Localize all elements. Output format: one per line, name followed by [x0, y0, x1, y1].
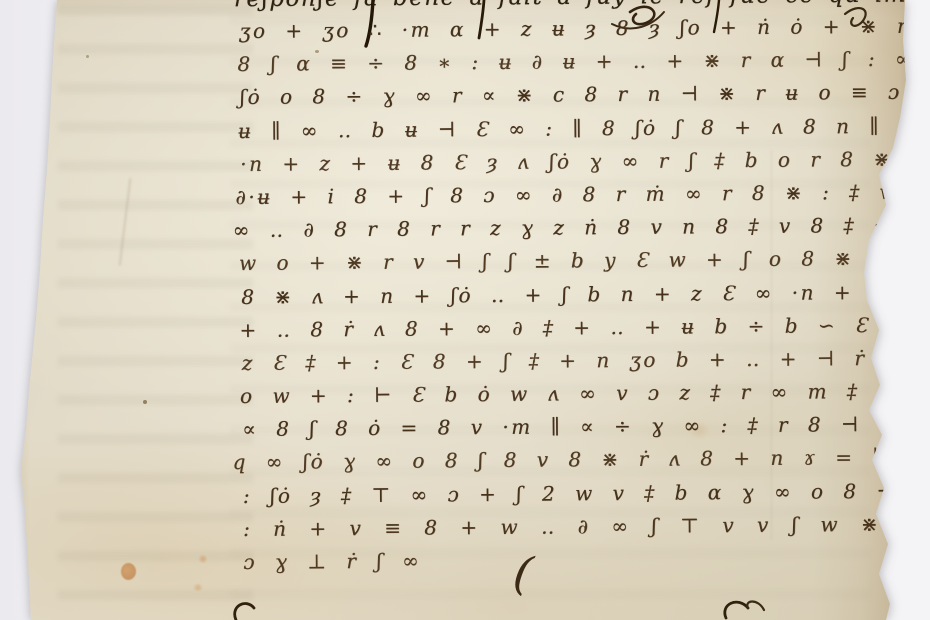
cipher-line: ∝ 8 ʃ 8 ȯ = 8 v ·m ∥ ∝ ÷ ɣ ∞ : ‡ r 8 ⊣ +…	[242, 408, 902, 446]
manuscript-page: reʃponʃe ſa bene a fait a ſuy le reſ ſue…	[0, 0, 930, 620]
cipher-line: 8 ⋇ ʌ + n + ʃȯ ‥ + ʃ b n + z Ɛ ∞ ·n + z …	[241, 275, 901, 313]
cipher-line: ∂·ʉ + i 8 + ʃ 8 ɔ ∞ ∂ 8 r ṁ ∞ r 8 ⋇ : ‡ …	[235, 176, 895, 214]
foxing-spot	[193, 584, 203, 591]
manuscript-page-wrap: reʃponʃe ſa bene a fait a ſuy le reſ ſue…	[0, 0, 930, 620]
foxing-spot	[121, 563, 136, 580]
photo-background: reʃponʃe ſa bene a fait a ſuy le reſ ſue…	[0, 0, 930, 620]
foxing-spot	[199, 555, 207, 563]
cipher-line: 8 ʃ α ≡ ÷ 8 ∗ : ʉ ∂ ʉ + ‥ + ⋇ r α ⊣ ʃ : …	[237, 43, 897, 81]
verso-showthrough-texture	[58, 0, 253, 620]
paper-left-edge-shade	[0, 0, 30, 620]
cipher-line: o w + : ⊢ Ɛ b ȯ w ʌ ∞ v ɔ z ‡ r ∞ m ‡ : …	[240, 375, 900, 413]
cipher-line: ɔ ɣ ⊥ ṙ ʃ ∞	[243, 541, 903, 579]
cipher-line: ʉ ∥ ∞ ‥ b ʉ ⊣ Ɛ ∞ : ∥ 8 ʃȯ ʃ 8 + ʌ 8 n ∥…	[238, 109, 898, 147]
cipher-line: : ʃȯ ȝ ‡ ⊤ ∞ ɔ + ʃ 2 w v ‡ b α ɣ ∞ o 8 ⊣…	[243, 474, 903, 512]
cipher-line: : ṅ + v ≡ 8 + w ‥ ∂ ∞ ʃ ⊤ v v ʃ w ⋇ ‥ ⊣ …	[243, 508, 903, 546]
cipher-line: ∞ ‥ ∂ 8 r 8 r r z ɣ z ṅ 8 v n 8 ‡ v 8 ‡ …	[233, 209, 893, 247]
cipher-line: w o + ⋇ r v ⊣ ʃ ʃ ± b y Ɛ w + ʃ o 8 ⋇ ʃɟ…	[239, 242, 899, 280]
cipher-line: ·n + z + ʉ 8 Ɛ ȝ ʌ ʃȯ ɣ ∞ r ʃ ‡ b o r 8 …	[240, 143, 900, 181]
cipher-line: q ∞ ʃȯ ɣ ∞ o 8 ʃ 8 v 8 ⋇ ṙ ʌ 8 + n ɤ = ∥…	[232, 441, 892, 479]
ink-speck	[143, 400, 147, 404]
cipher-line: z Ɛ ‡ + : Ɛ 8 + ʃ ‡ + n ʒo b + ‥ + ⊣ ṙ ∂…	[242, 342, 902, 380]
bottom-flourish-fragments	[0, 598, 930, 620]
cipher-line: ʃȯ o 8 ÷ ɣ ∞ r ∝ ⋇ c 8 r n ⊣ ⋇ r ʉ o ≡ ɔ…	[240, 76, 900, 114]
cipher-line: ʒo + ʒo ∴ ·m α + z ʉ ȝ 8 ȝ ʃo + ṅ ȯ + ⋇ …	[239, 10, 899, 48]
cipher-text-block: ʒo + ʒo ∴ ·m α + z ʉ ȝ 8 ȝ ʃo + ṅ ȯ + ⋇ …	[237, 10, 901, 579]
cipher-line: + ‥ 8 ṙ ʌ 8 + ∞ ∂ ‡ + ‥ + ʉ b ÷ b ∽ Ɛ 8 …	[239, 308, 899, 346]
